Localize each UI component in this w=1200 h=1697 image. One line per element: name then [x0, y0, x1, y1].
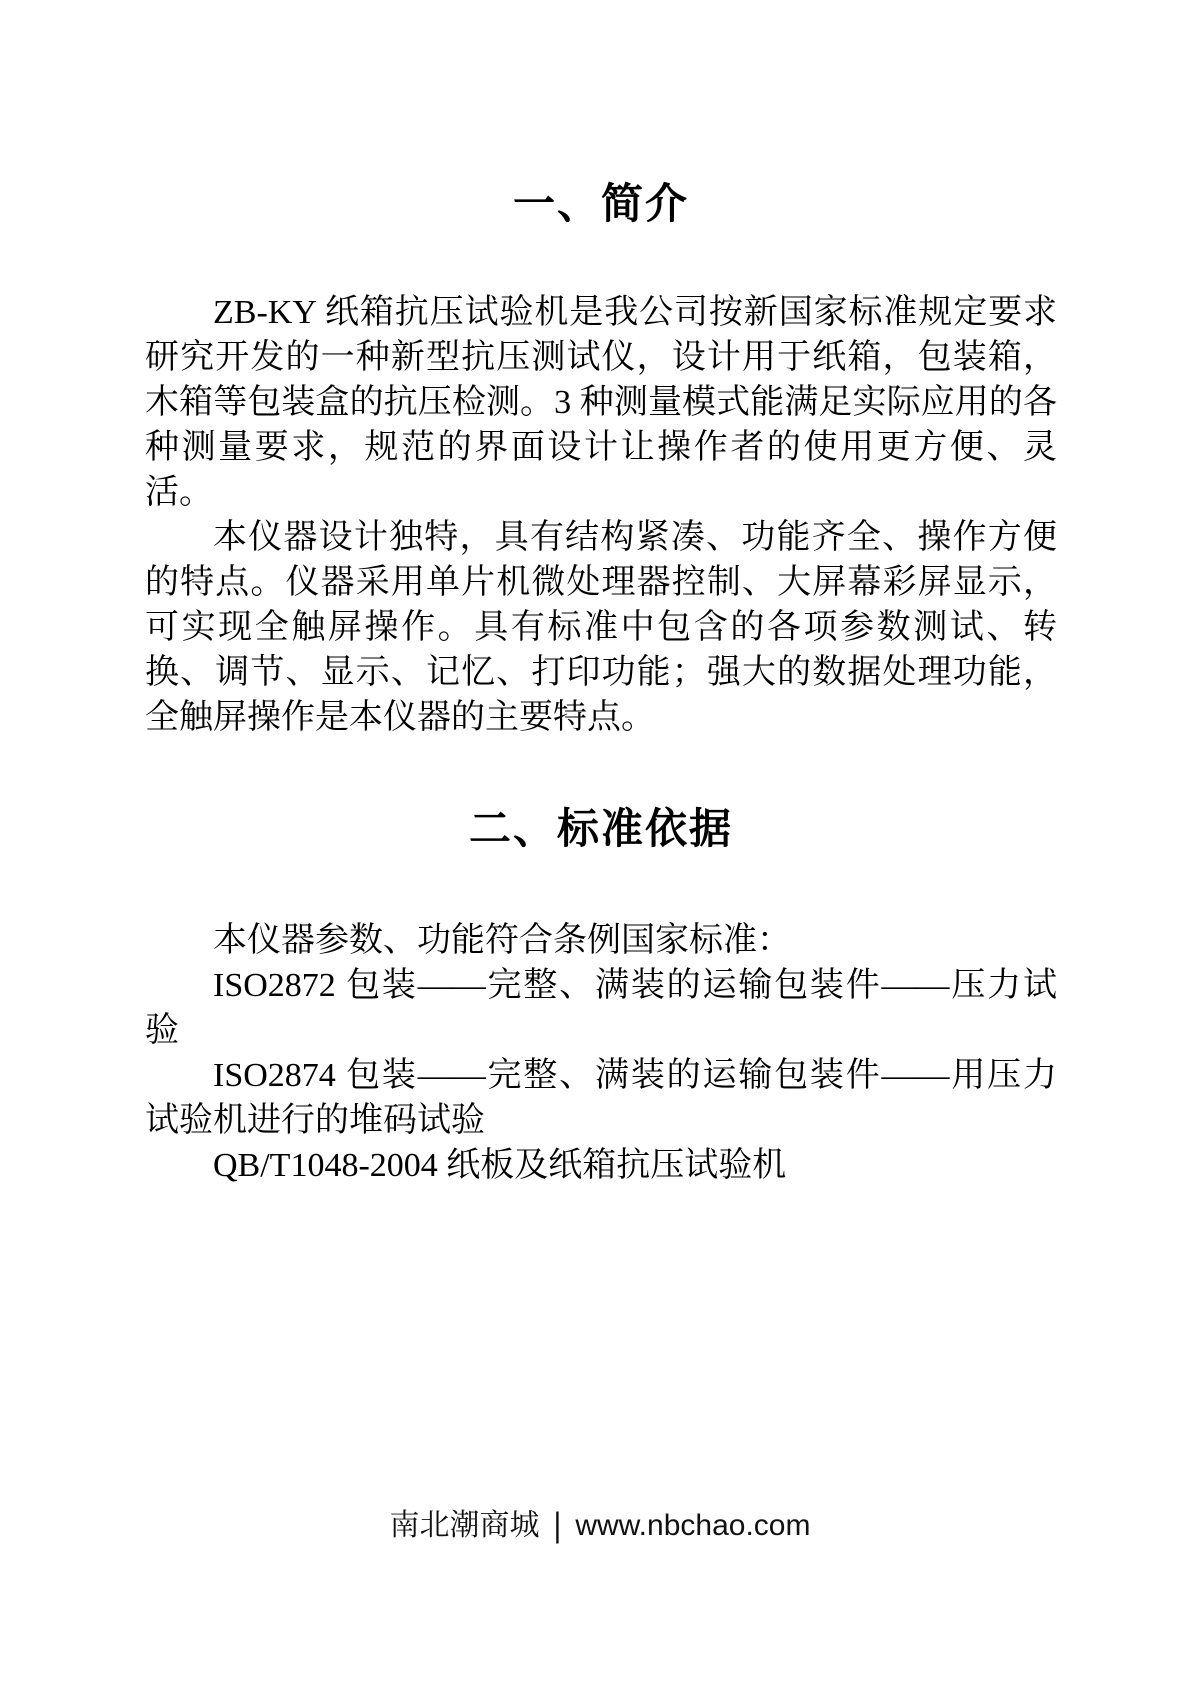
- document-page: 一、简介 ZB-KY 纸箱抗压试验机是我公司按新国家标准规定要求研究开发的一种新…: [0, 0, 1200, 1697]
- section-2-paragraph-3: ISO2874 包装——完整、满装的运输包装件——用压力试验机进行的堆码试验: [145, 1053, 1057, 1143]
- section-2-heading: 二、标准依据: [145, 808, 1057, 850]
- section-2-paragraph-1: 本仪器参数、功能符合条例国家标准：: [145, 918, 1057, 963]
- section-2-paragraph-2: ISO2872 包装——完整、满装的运输包装件——压力试验: [145, 963, 1057, 1053]
- footer-site-name: 南北潮商城: [390, 1509, 540, 1542]
- section-1-paragraph-1: ZB-KY 纸箱抗压试验机是我公司按新国家标准规定要求研究开发的一种新型抗压测试…: [145, 290, 1057, 515]
- section-1-paragraph-2: 本仪器设计独特，具有结构紧凑、功能齐全、操作方便的特点。仪器采用单片机微处理器控…: [145, 515, 1057, 740]
- page-footer: 南北潮商城|www.nbchao.com: [0, 1506, 1200, 1546]
- footer-url: www.nbchao.com: [575, 1509, 810, 1542]
- document-content: 一、简介 ZB-KY 纸箱抗压试验机是我公司按新国家标准规定要求研究开发的一种新…: [145, 0, 1057, 1188]
- section-2-paragraph-4: QB/T1048-2004 纸板及纸箱抗压试验机: [145, 1143, 1057, 1188]
- footer-separator: |: [554, 1503, 562, 1549]
- section-1-heading: 一、简介: [145, 183, 1057, 225]
